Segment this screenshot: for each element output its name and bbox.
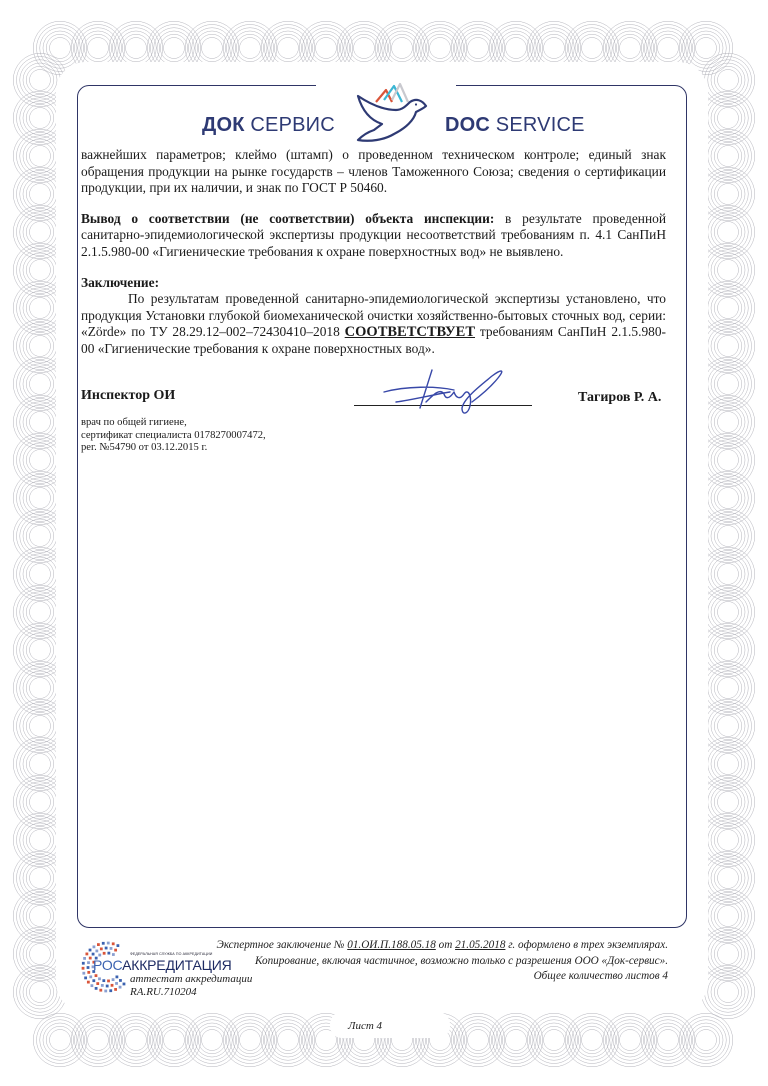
- sheet-number-label: Лист 4: [330, 1012, 450, 1038]
- brand-name-ru: ДОК СЕРВИС: [202, 114, 335, 137]
- inspector-credentials: врач по общей гигиене, сертификат специа…: [81, 417, 266, 455]
- verdict-label: СООТВЕТСТВУЕТ: [345, 324, 475, 340]
- paragraph-marking: важнейших параметров; клеймо (штамп) о п…: [81, 147, 666, 197]
- paragraph-compliance-conclusion: Вывод о соответствии (не соответствии) о…: [81, 211, 666, 261]
- footer-note: Экспертное заключение № 01.ОИ.П.188.05.1…: [217, 938, 668, 985]
- document-body: важнейших параметров; клеймо (штамп) о п…: [81, 147, 666, 358]
- inspector-title: Инспектор ОИ: [81, 388, 175, 404]
- dove-icon: [352, 80, 432, 148]
- signature-block: Инспектор ОИ Тагиров Р. А. врач по общей…: [81, 386, 671, 466]
- expert-report-number: 01.ОИ.П.188.05.18: [347, 939, 436, 951]
- handwritten-signature: [376, 364, 526, 416]
- brand-name-en: DOC SERVICE: [445, 114, 585, 137]
- expert-report-date: 21.05.2018: [455, 939, 505, 951]
- header-logo: ДОК СЕРВИС DOC SERVICE: [0, 80, 768, 150]
- conclusion-text: По результатам проведенной санитарно-эпи…: [81, 291, 666, 357]
- inspector-name: Тагиров Р. А.: [578, 390, 661, 406]
- conclusion-heading: Заключение:: [81, 275, 666, 292]
